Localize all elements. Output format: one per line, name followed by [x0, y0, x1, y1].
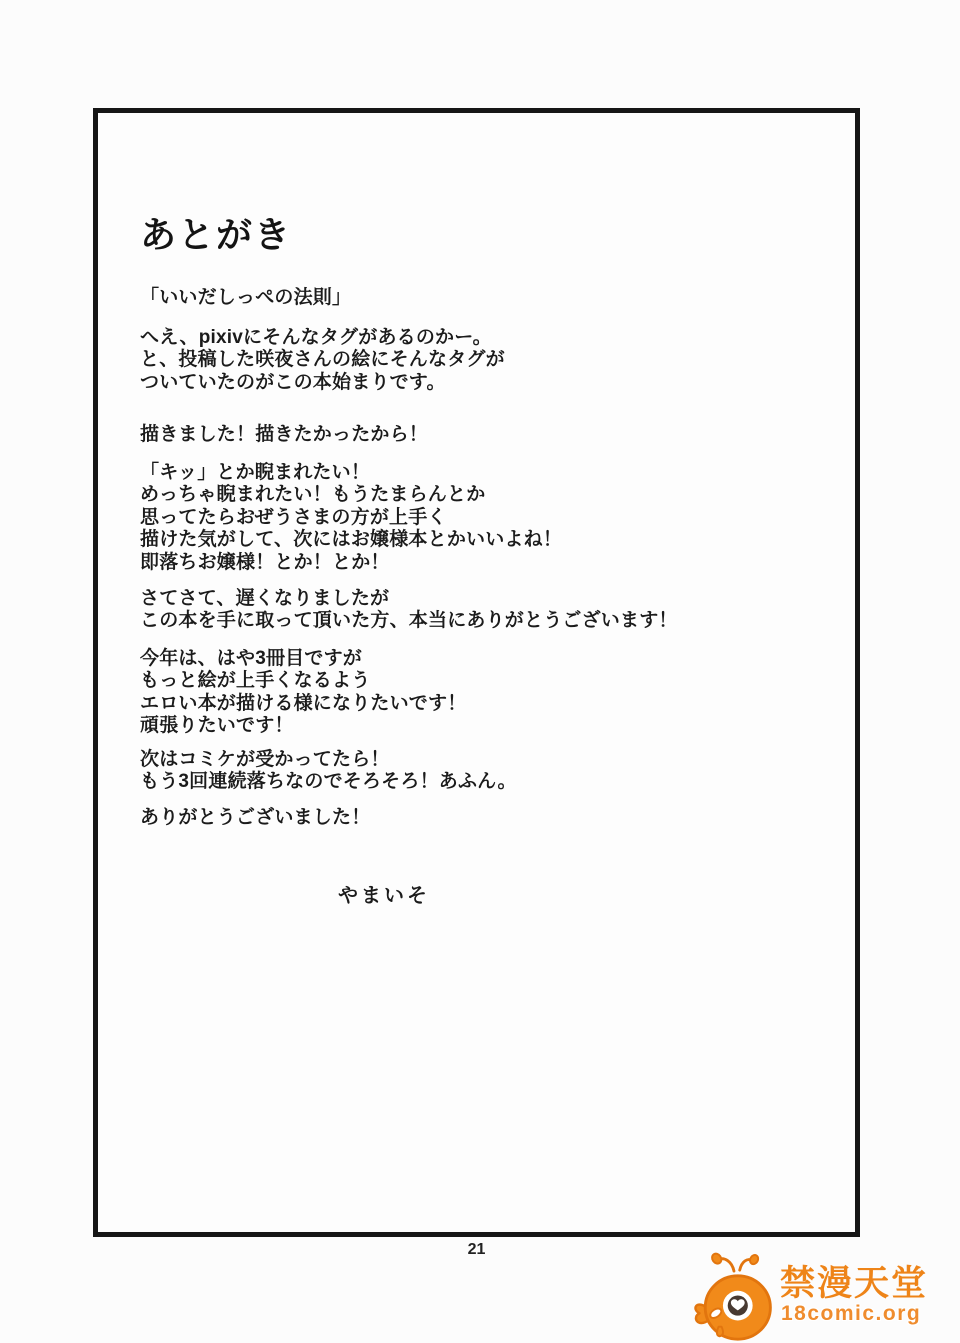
text-line: 「いいだしっぺの法則」 [140, 287, 351, 309]
text-line: もう3回連続落ちなのでそろそろ！あふん。 [140, 771, 517, 793]
text-line: もっと絵が上手くなるよう [140, 670, 466, 692]
text-line: と、投稿した咲夜さんの絵にそんなタグが [140, 349, 505, 371]
text-line: さてさて、遅くなりましたが [140, 588, 678, 610]
text-line: この本を手に取って頂いた方、本当にありがとうございます！ [140, 610, 678, 632]
whale-mascot-icon [688, 1250, 778, 1342]
text-line: 思ってたらおぜうさまの方が上手く [140, 507, 562, 529]
text-line: 頑張りたいです！ [140, 715, 466, 737]
paragraph-drew-it: 描きました！描きたかったから！ [140, 424, 428, 446]
paragraph-thank-you: ありがとうございました！ [140, 807, 370, 829]
text-line: 今年は、はや3冊目ですが [140, 648, 466, 670]
text-line: 即落ちお嬢様！とか！とか！ [140, 552, 562, 574]
paragraph-tag-quote: 「いいだしっぺの法則」 [140, 287, 351, 309]
text-line: エロい本が描ける様になりたいです！ [140, 693, 466, 715]
page-title: あとがき [140, 207, 292, 258]
paragraph-comiket: 次はコミケが受かってたら！ もう3回連続落ちなのでそろそろ！あふん。 [140, 749, 517, 794]
text-line: 「キッ」とか睨まれたい！ [140, 462, 562, 484]
watermark-logo: 禁漫天堂 18comic.org [688, 1248, 956, 1340]
paragraph-thanks-readers: さてさて、遅くなりましたが この本を手に取って頂いた方、本当にありがとうございま… [140, 588, 678, 633]
watermark-site-url: 18comic.org [780, 1303, 956, 1324]
text-line: 次はコミケが受かってたら！ [140, 749, 517, 771]
watermark-text: 禁漫天堂 18comic.org [780, 1266, 956, 1324]
paragraph-pixiv-origin: へえ、pixivにそんなタグがあるのかー。 と、投稿した咲夜さんの絵にそんなタグ… [140, 327, 505, 394]
author-signature: やまいそ [338, 879, 430, 908]
watermark-site-name: 禁漫天堂 [780, 1266, 956, 1301]
text-line: 描きました！描きたかったから！ [140, 424, 428, 446]
scanned-page: あとがき 「いいだしっぺの法則」 へえ、pixivにそんなタグがあるのかー。 と… [0, 0, 960, 1343]
paragraph-third-book: 今年は、はや3冊目ですが もっと絵が上手くなるよう エロい本が描ける様になりたい… [140, 648, 466, 738]
text-line: ついていたのがこの本始まりです。 [140, 372, 505, 394]
text-line: ありがとうございました！ [140, 807, 370, 829]
text-line: めっちゃ睨まれたい！もうたまらんとか [140, 484, 562, 506]
text-line: 描けた気がして、次にはお嬢様本とかいいよね！ [140, 529, 562, 551]
paragraph-glare: 「キッ」とか睨まれたい！ めっちゃ睨まれたい！もうたまらんとか 思ってたらおぜう… [140, 462, 562, 574]
text-line: へえ、pixivにそんなタグがあるのかー。 [140, 327, 505, 349]
